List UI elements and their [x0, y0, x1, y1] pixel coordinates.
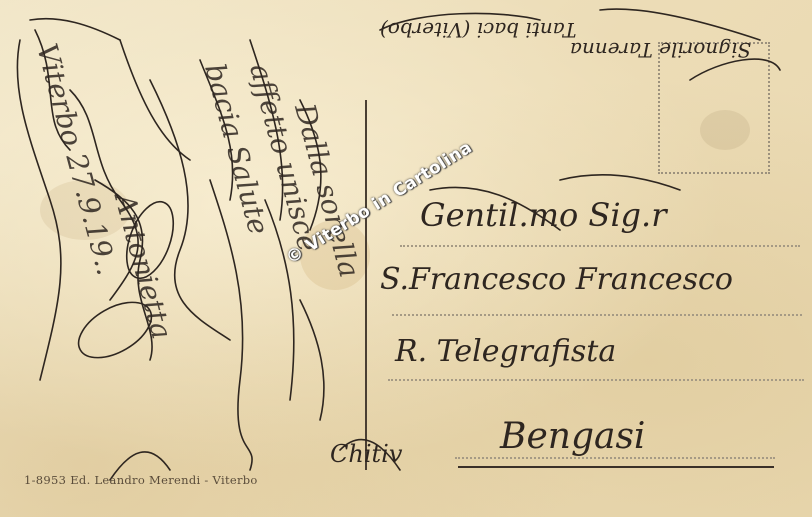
address-destination-city: Bengasi: [500, 416, 645, 457]
upside-down-note-2: Signorile Tarenna: [570, 38, 751, 62]
address-recipient-name: S.Francesco Francesco: [380, 262, 733, 297]
address-recipient-role: R. Telegrafista: [395, 334, 616, 369]
postcard-back: Tanti baci (Viterbo) Signorile Tarenna V…: [0, 0, 812, 517]
upside-down-note-1: Tanti baci (Viterbo): [380, 18, 576, 42]
sender-mark: Chitiv: [330, 440, 402, 468]
handwriting-strokes: [0, 0, 812, 517]
address-recipient-title: Gentil.mo Sig.r: [420, 196, 667, 234]
publisher-imprint: 1-8953 Ed. Leandro Merendi - Viterbo: [24, 473, 258, 487]
